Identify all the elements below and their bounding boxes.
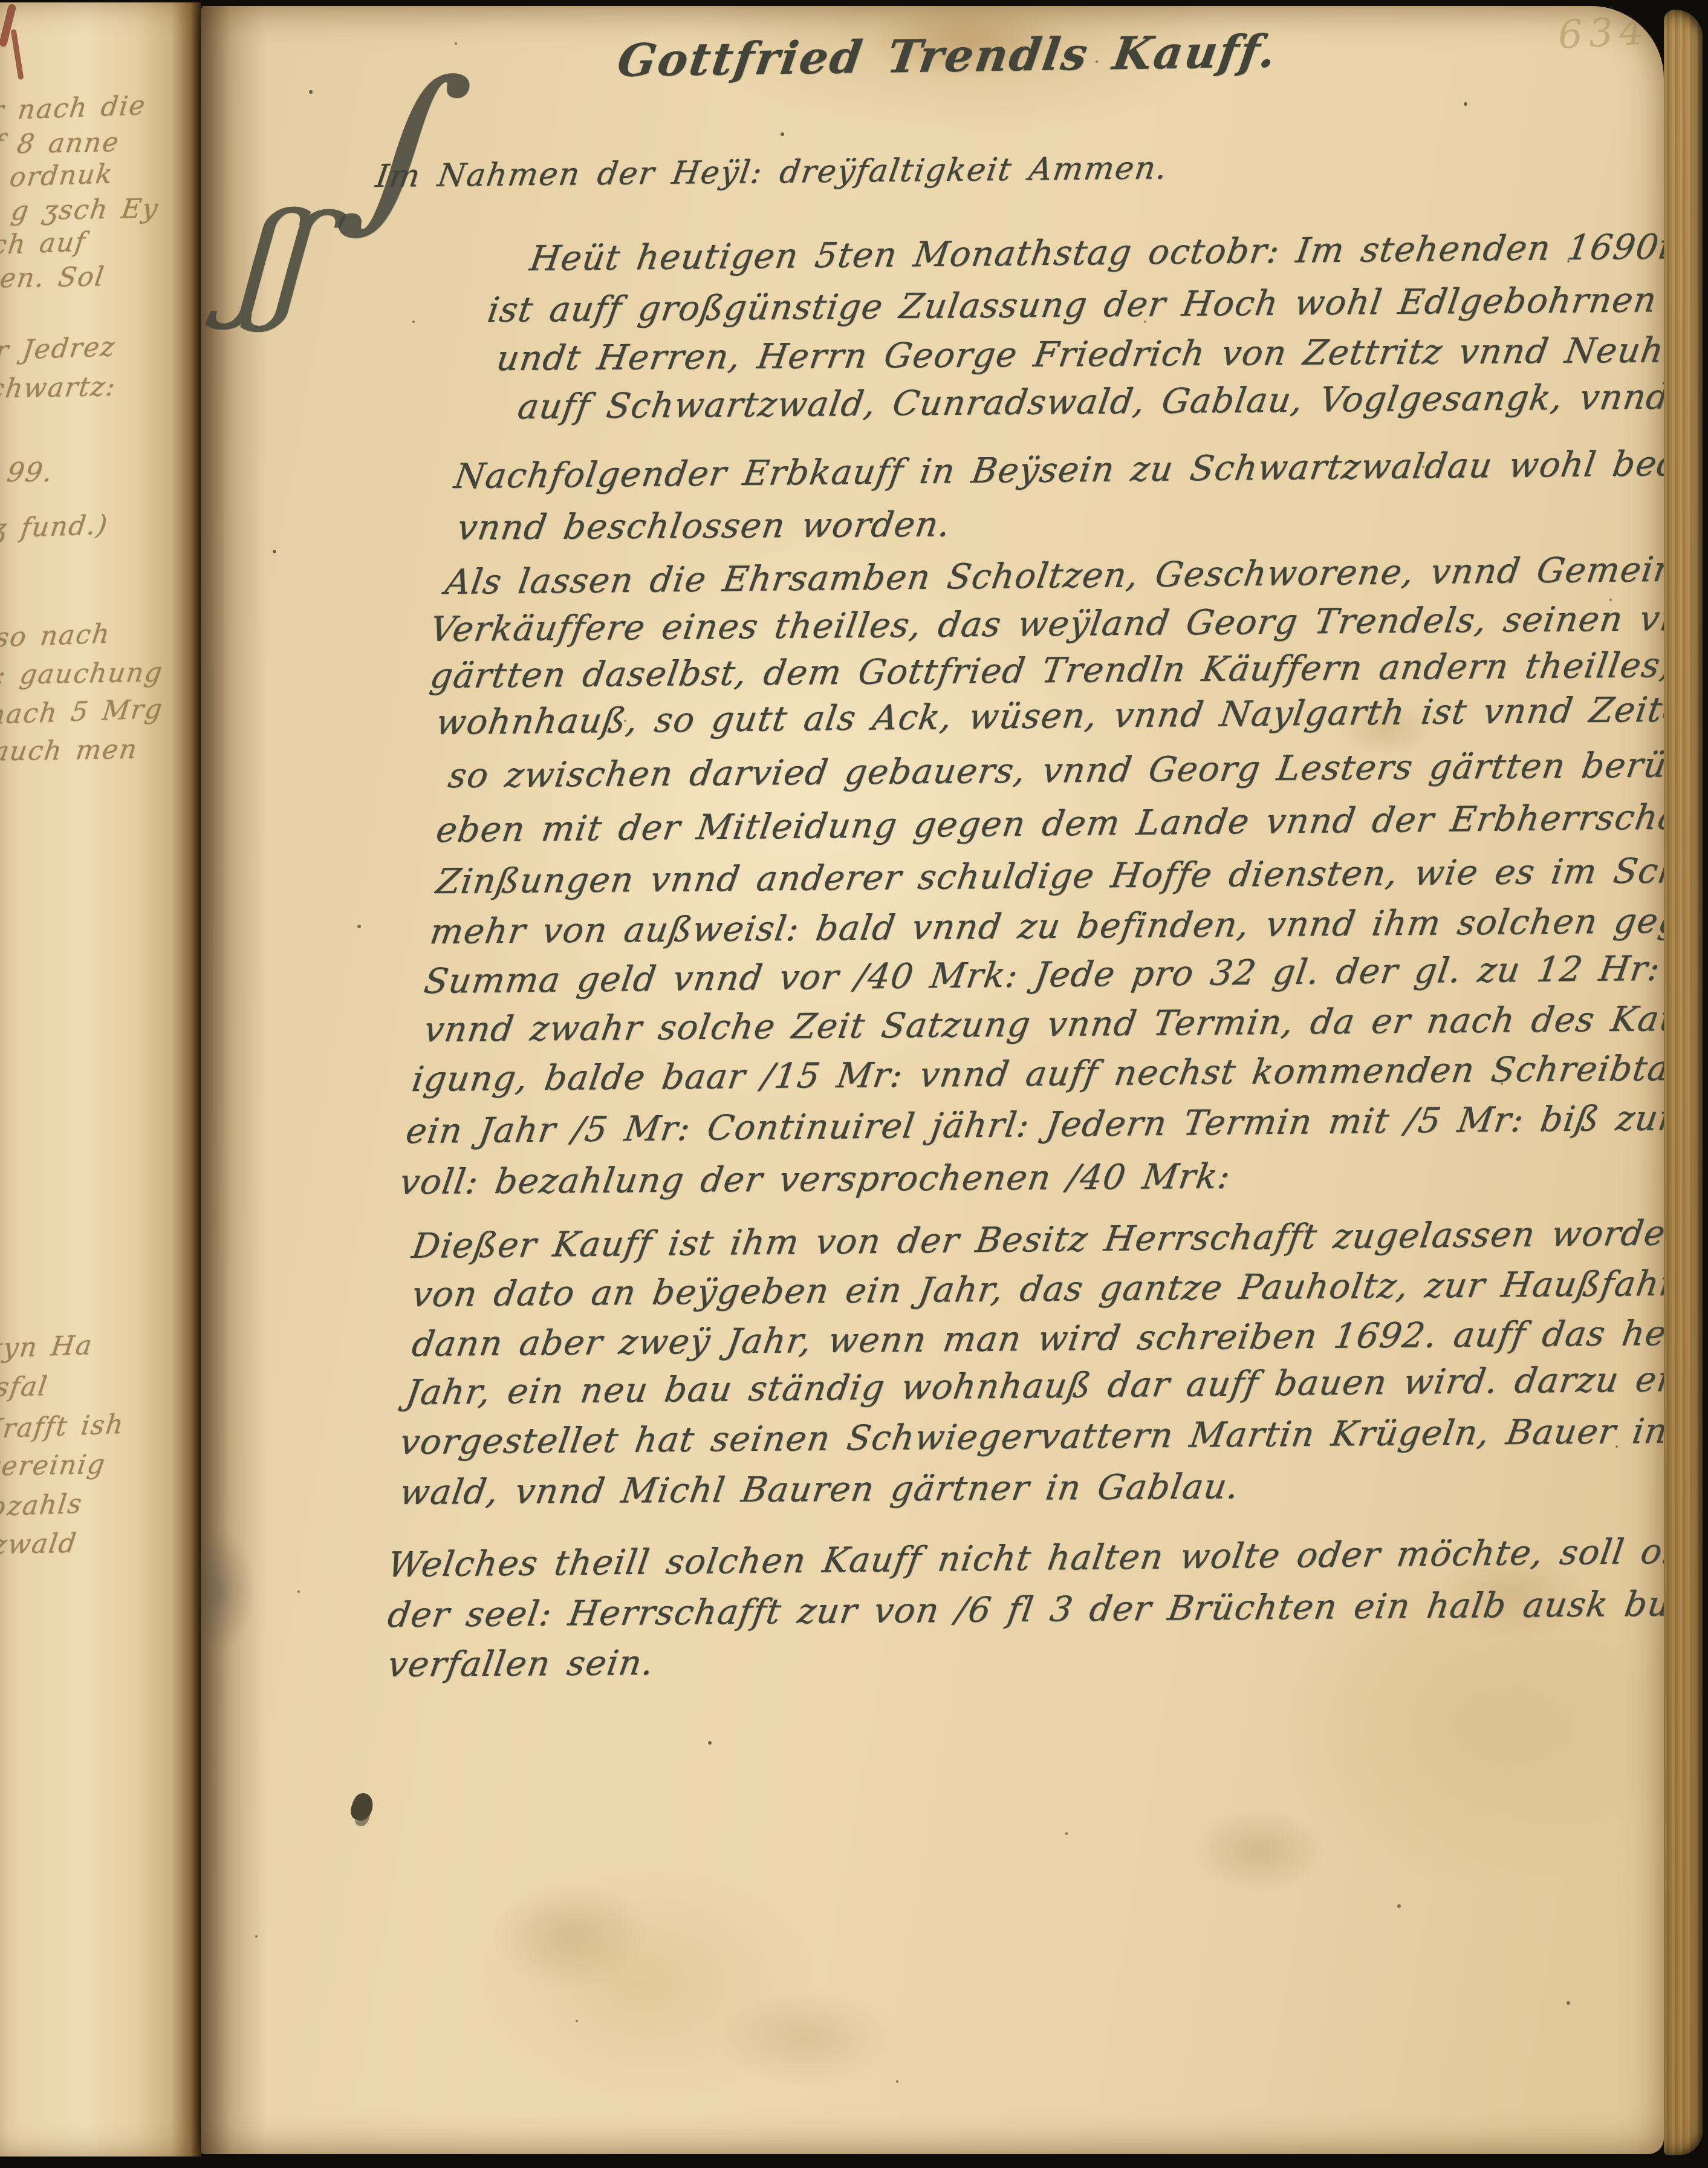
faded-text-fragment: ff 8 anne (0, 127, 122, 160)
faded-text-fragment: 99. (5, 457, 56, 488)
manuscript-line: ist auff großgünstige Zulassung der Hoch… (485, 278, 1664, 330)
faded-text-fragment: vereinig (0, 1449, 108, 1482)
paper-stain (715, 1990, 896, 2086)
faded-text-fragment: ben. Sol (0, 261, 107, 295)
faded-text-fragment: ʒ fund.) (0, 510, 110, 545)
faded-text-fragment: p: gauchung (0, 657, 165, 691)
faded-text-fragment: zwald (0, 1528, 79, 1561)
faded-text-fragment: n ordnuk (0, 158, 115, 194)
manuscript-line: wald, vnnd Michl Bauren gärtner in Gabla… (397, 1466, 1242, 1512)
book-scan: ʒr nach dieff 8 annen ordnukʒ g ʒsch Eys… (0, 0, 1708, 2168)
manuscript-line: der seel: Herrschafft zur von /6 fl 3 de… (385, 1584, 1664, 1635)
manuscript-line: von dato an beÿgeben ein Jahr, das gantz… (409, 1262, 1664, 1315)
faded-text-fragment: sch auf (0, 227, 88, 262)
manuscript-line: ein Jahr /5 Mr: Continuirel jährl: Jeder… (403, 1098, 1664, 1151)
manuscript-line: Jahr, ein neu bau ständig wohnhauß dar a… (403, 1357, 1664, 1413)
page-stack-edge (1664, 10, 1703, 2155)
pen-flourish: ∫ (335, 57, 479, 233)
left-page-edge: ʒr nach dieff 8 annen ordnukʒ g ʒsch Eys… (0, 2, 201, 2157)
manuscript-line: Welches theill solchen Kauff nicht halte… (385, 1529, 1664, 1585)
paper-stain (1192, 1808, 1325, 1893)
manuscript-line: Summa geld vnnd vor /40 Mrk: Jede pro 32… (421, 946, 1664, 1001)
faded-text-fragment: ʒr nach die (0, 90, 148, 127)
faded-text-fragment: so nach (0, 619, 112, 654)
manuscript-line: undt Herren, Herrn George Friedrich von … (494, 328, 1664, 379)
manuscript-line: vnnd beschlossen worden. (455, 504, 953, 548)
faded-text-fragment: Krafft ish (0, 1409, 126, 1445)
faded-text-fragment: sfal (0, 1371, 50, 1403)
faded-text-fragment: gauch men (0, 734, 140, 768)
manuscript-line: Nachfolgender Erbkauff in Beÿsein zu Sch… (452, 440, 1664, 496)
manuscript-line: Heüt heutigen 5ten Monathstag octobr: Im… (527, 224, 1664, 279)
manuscript-line: vnnd zwahr solche Zeit Satzung vnnd Term… (421, 997, 1664, 1050)
faded-text-fragment: or Jedrez (0, 331, 118, 367)
faded-text-fragment: schwartz: (0, 371, 119, 405)
manuscript-line: igung, balde baar /15 Mr: vnnd auff nech… (409, 1047, 1664, 1099)
faded-text-fragment: nach 5 Mrg (0, 694, 165, 731)
manuscript-line: Verkäuffere eines theilles, das weÿland … (427, 597, 1664, 649)
ink-blot (348, 1791, 377, 1823)
manuscript-line: dann aber zweÿ Jahr, wenn man wird schre… (409, 1313, 1664, 1364)
folio-number: 634 (1557, 8, 1651, 58)
manuscript-line: Zinßungen vnnd anderer schuldige Hoffe d… (433, 848, 1664, 902)
faded-text-fragment: bzahls (0, 1488, 85, 1523)
manuscript-line: verfallen sein. (385, 1643, 657, 1685)
manuscript-page: 634 Gottfried Trendls Kauff. Im Nahmen d… (201, 6, 1664, 2154)
manuscript-line: eben mit der Mitleidung gegen dem Lande … (433, 795, 1664, 850)
manuscript-line: so zwischen darvied gebauers, vnnd Georg… (446, 744, 1664, 796)
manuscript-line: mehr von außweisl: bald vnnd zu befinden… (427, 899, 1664, 952)
manuscript-line: voll: bezahlung der versprochenen /40 Mr… (397, 1156, 1233, 1202)
invocation-line: Im Nahmen der Heÿl: dreÿfaltigkeit Ammen… (374, 150, 1171, 195)
manuscript-line: auff Schwartzwald, Cunradswald, Gablau, … (515, 374, 1664, 427)
manuscript-line: vorgestellet hat seinen Schwiegervattern… (397, 1410, 1664, 1462)
manuscript-line: wohnhauß, so gutt als Ack, wüsen, vnnd N… (433, 688, 1664, 743)
manuscript-line: Dießer Kauff ist ihm von der Besitz Herr… (409, 1211, 1664, 1266)
faded-text-fragment: tyn Ha (0, 1330, 95, 1364)
faded-text-fragment: ʒ g ʒsch Ey (0, 193, 161, 227)
entry-title: Gottfried Trendls Kauff. (614, 25, 1281, 86)
manuscript-line: gärtten daselbst, dem Gottfried Trendln … (427, 643, 1664, 696)
red-margin-mark (10, 29, 24, 80)
dust-specks (201, 6, 203, 8)
paper-stain (491, 1881, 648, 1990)
manuscript-line: Als lassen die Ehrsamben Scholtzen, Gesc… (443, 547, 1664, 602)
